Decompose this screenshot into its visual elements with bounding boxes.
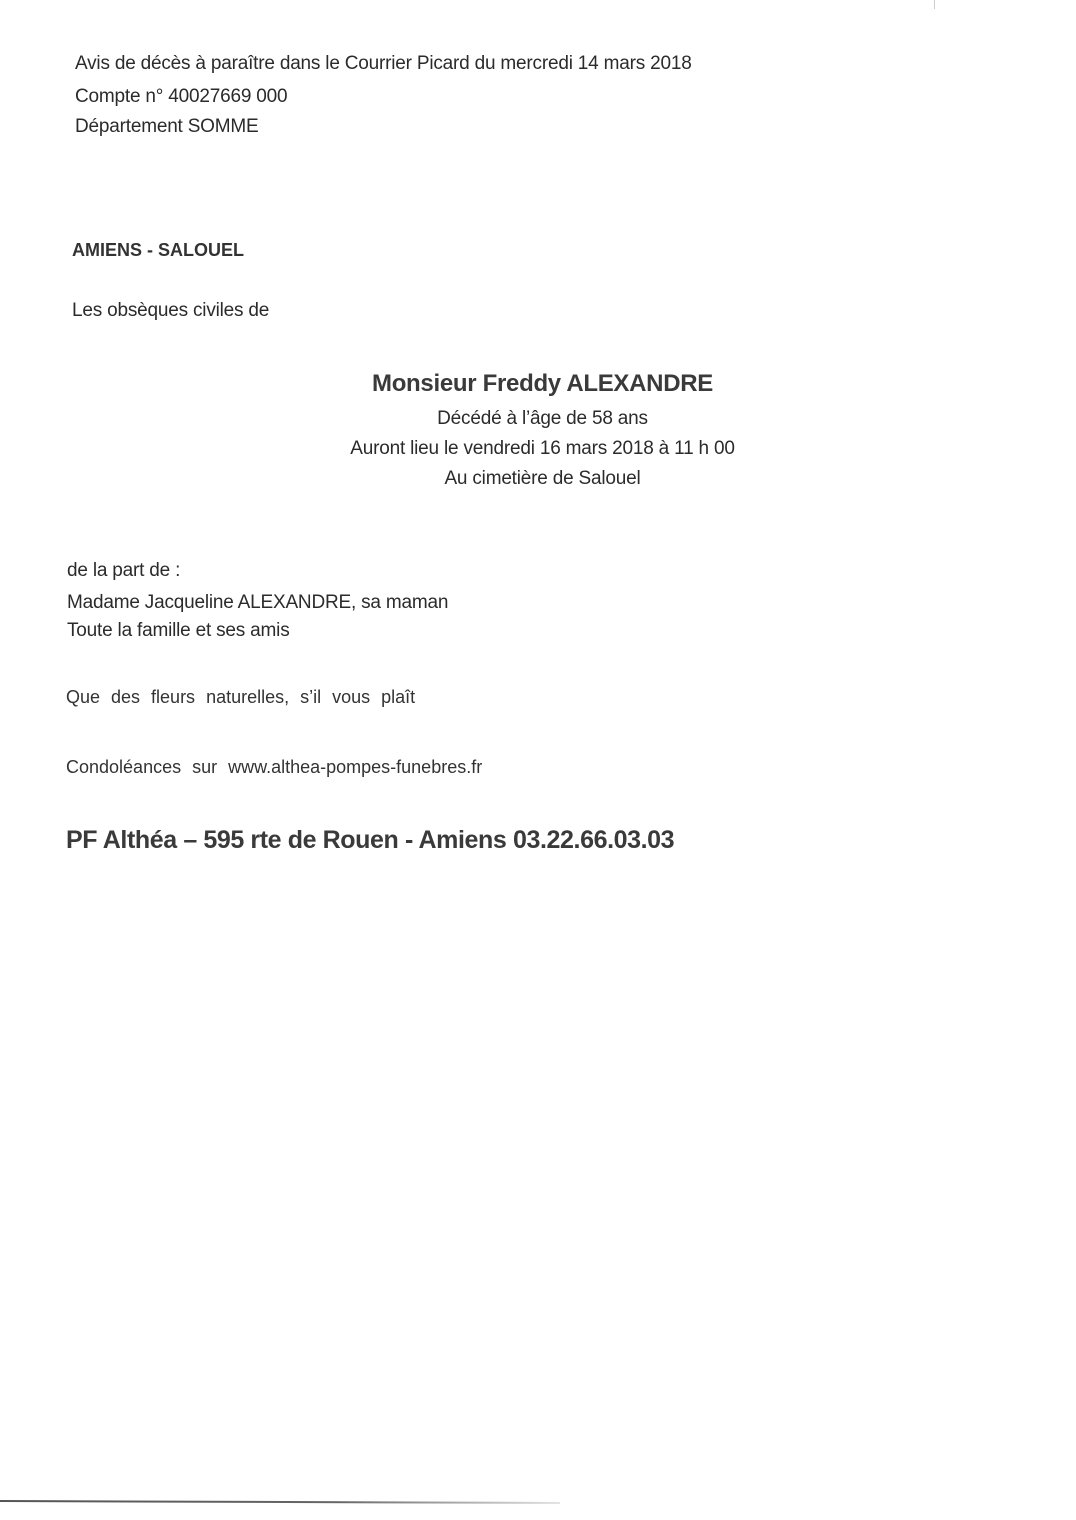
deceased-block: Monsieur Freddy ALEXANDRE Décédé à l’âge…	[330, 370, 755, 494]
scan-edge-line	[0, 1500, 560, 1504]
from-label: de la part de :	[67, 560, 180, 582]
condolences-link: Condoléances sur www.althea-pompes-funeb…	[66, 757, 482, 778]
flowers-request: Que des fleurs naturelles, s’il vous pla…	[66, 687, 415, 708]
funeral-home-contact: PF Althéa – 595 rte de Rouen - Amiens 03…	[66, 826, 674, 855]
ceremony-date: Auront lieu le vendredi 16 mars 2018 à 1…	[330, 434, 755, 464]
from-line: Madame Jacqueline ALEXANDRE, sa maman	[67, 592, 448, 614]
location-heading: AMIENS - SALOUEL	[72, 240, 244, 261]
intro-text: Les obsèques civiles de	[72, 300, 269, 322]
deceased-age: Décédé à l’âge de 58 ans	[330, 404, 755, 434]
publication-line: Avis de décès à paraître dans le Courrie…	[75, 53, 692, 75]
from-line: Toute la famille et ses amis	[67, 620, 290, 642]
department: Département SOMME	[75, 116, 259, 138]
scan-corner-mark	[934, 0, 935, 9]
deceased-name: Monsieur Freddy ALEXANDRE	[330, 370, 755, 398]
ceremony-place: Au cimetière de Salouel	[330, 464, 755, 494]
account-number: Compte n° 40027669 000	[75, 86, 287, 108]
